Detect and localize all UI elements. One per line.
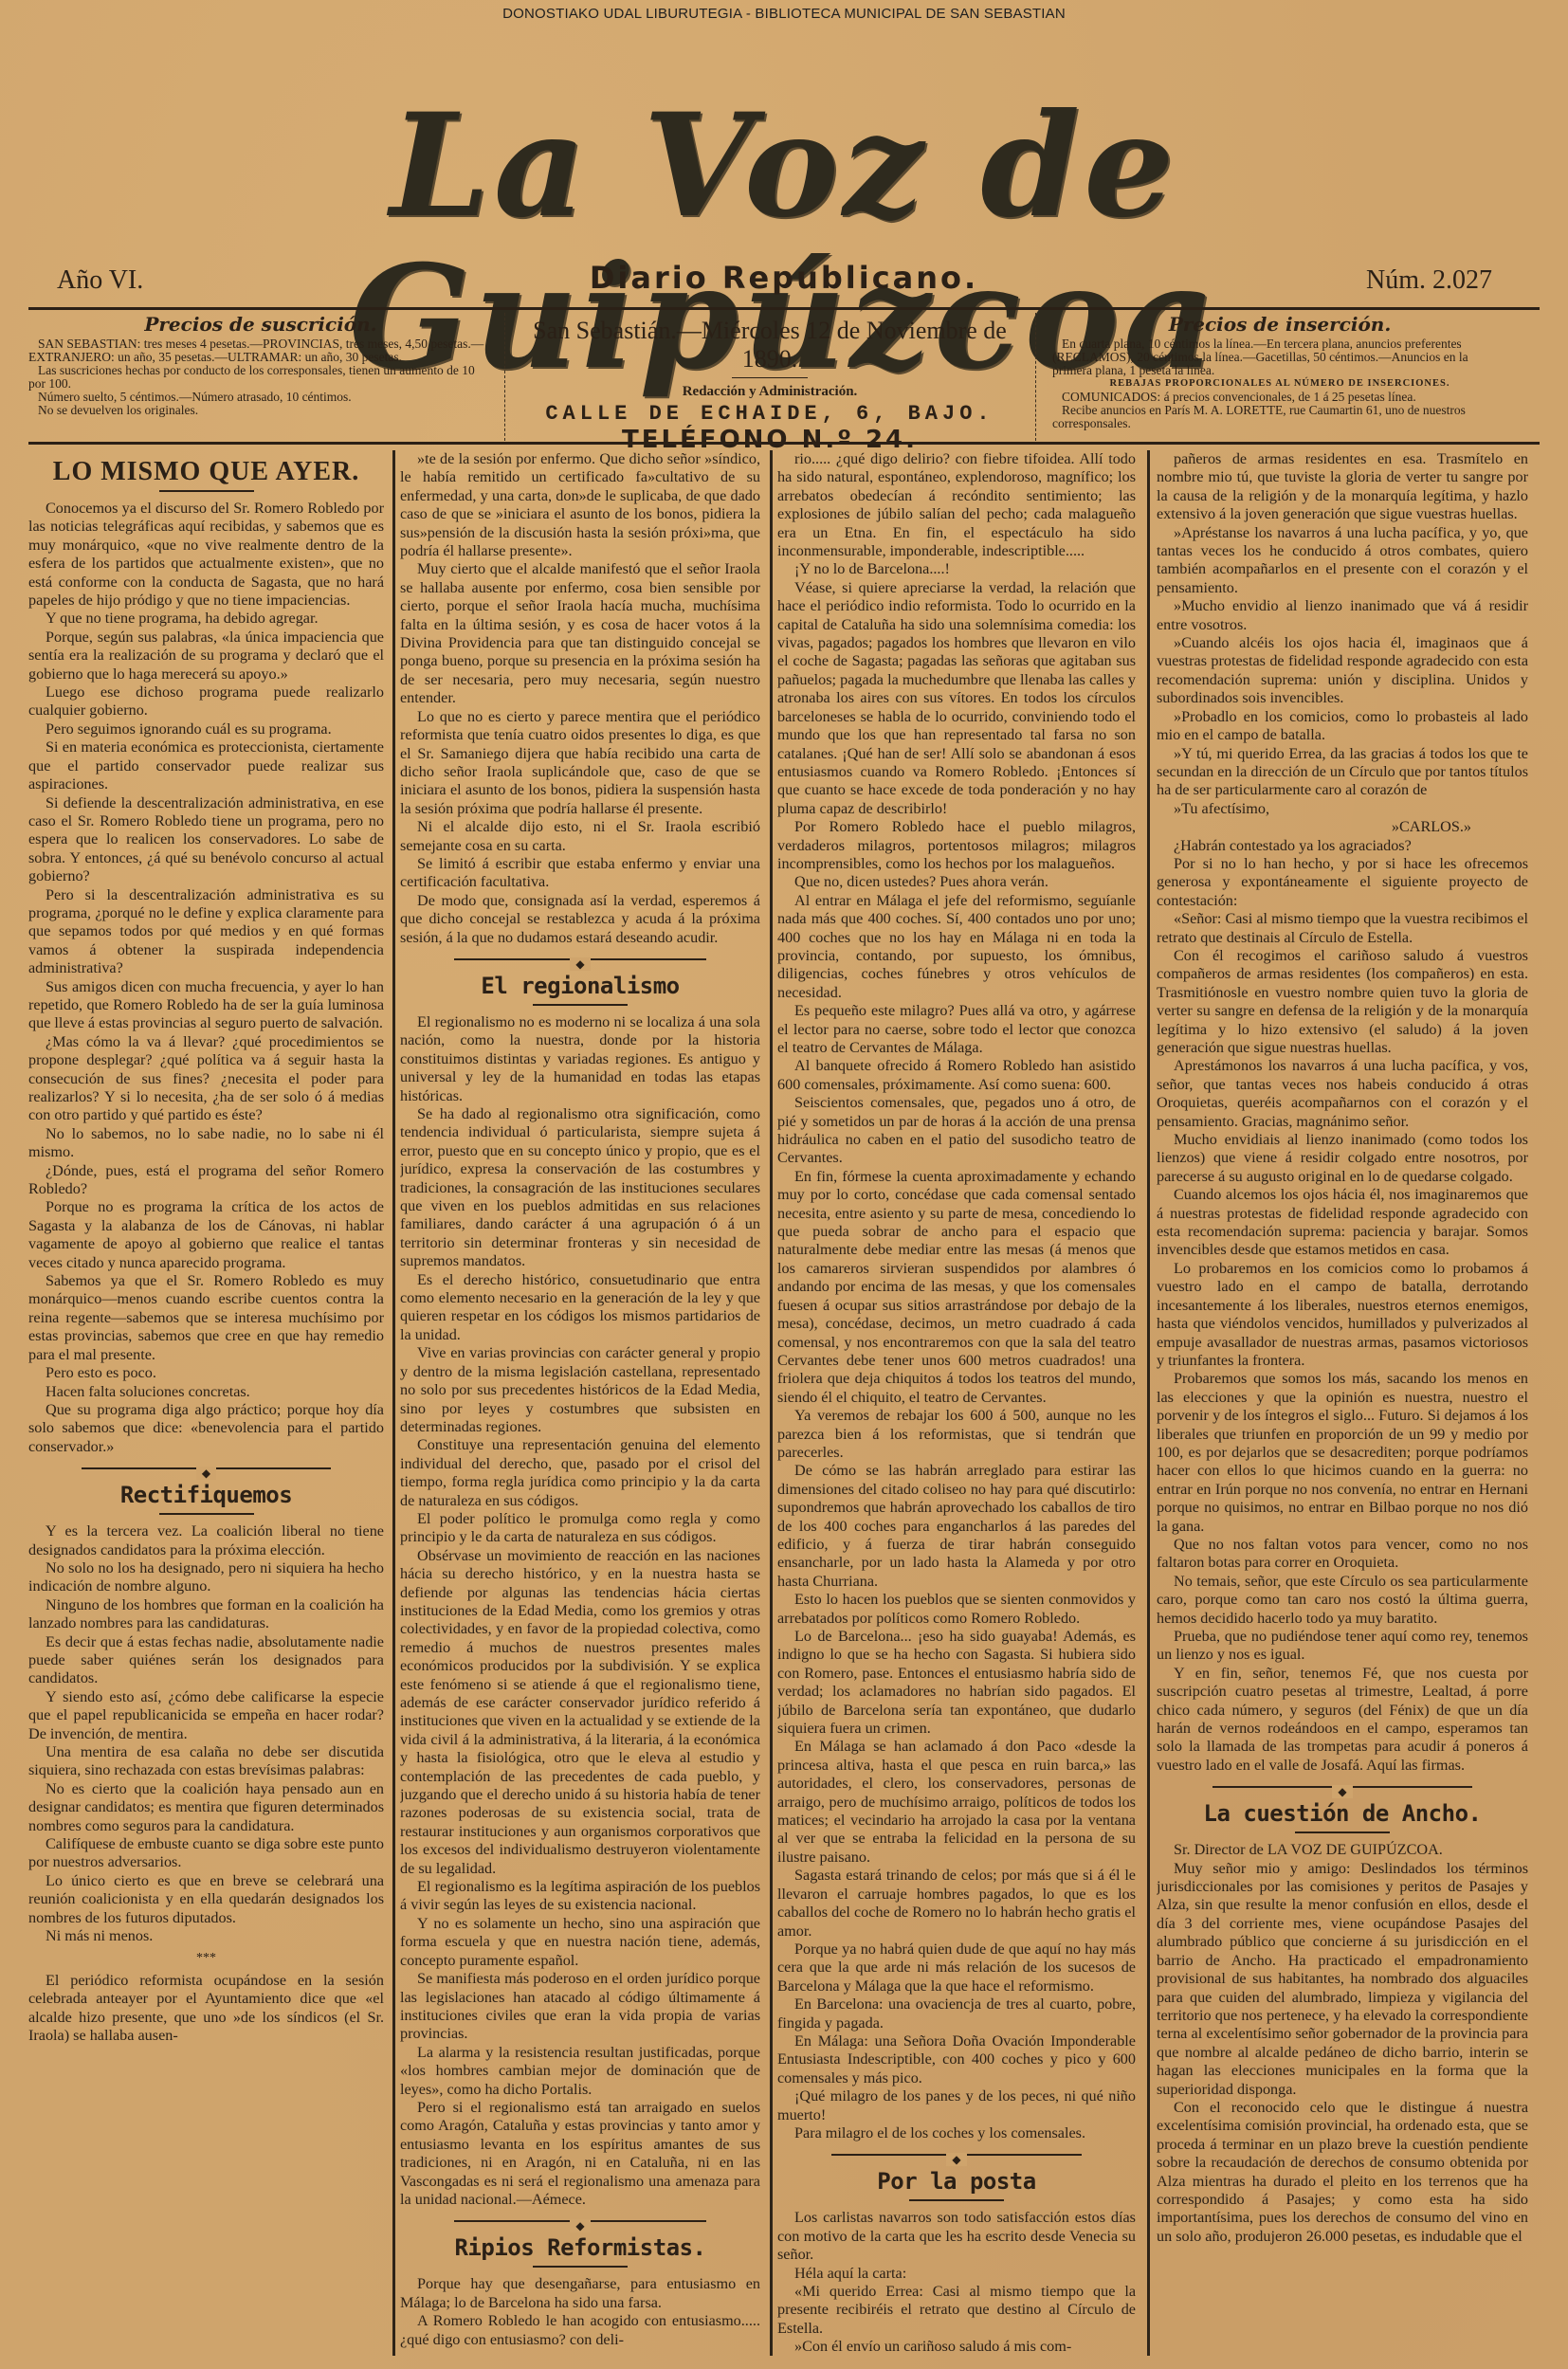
- paragraph: Lo de Barcelona... ¡eso ha sido guayaba!…: [777, 1628, 1136, 1738]
- subscription-line: SAN SEBASTIAN: tres meses 4 pesetas.—PRO…: [28, 337, 493, 364]
- paragraph: Es decir que á estas fechas nadie, absol…: [28, 1633, 384, 1688]
- paragraph: Hacen falta soluciones concretas.: [28, 1383, 384, 1401]
- short-divider: [732, 377, 808, 378]
- paragraph: «Mi querido Errea: Casi al mismo tiempo …: [777, 2283, 1136, 2338]
- paragraph: Luego ese dichoso programa puede realiza…: [28, 683, 384, 720]
- signature-carlos: »CARLOS.»: [1157, 818, 1528, 836]
- paragraph: Por si no lo han hecho, y por si hace le…: [1157, 855, 1528, 910]
- date-address-box: San Sebastián.—Miércoles 12 de Noviembre…: [504, 313, 1036, 441]
- paragraph: Pero seguimos ignorando cuál es su progr…: [28, 720, 384, 738]
- paragraph: Seiscientos comensales, que, pegados uno…: [777, 1094, 1136, 1168]
- article-columns: LO MISMO QUE AYER. Conocemos ya el discu…: [28, 450, 1540, 2356]
- paragraph: »Tu afectísimo,: [1157, 800, 1528, 818]
- paragraph: Esto lo hacen los pueblos que se sienten…: [777, 1591, 1136, 1628]
- subscription-title: Precios de suscrición.: [28, 313, 493, 336]
- insertion-line: Recibe anuncios en París M. A. LORETTE, …: [1052, 404, 1507, 430]
- ornament-divider: ◆: [400, 955, 760, 964]
- paragraph: En Barcelona: una ovaciencja de tres al …: [777, 1995, 1136, 2032]
- paragraph: Se limitó á escribir que estaba enfermo …: [400, 855, 760, 892]
- paragraph: Lo probaremos en los comicios como lo pr…: [1157, 1260, 1528, 1370]
- paragraph: Probaremos que somos los más, sacando lo…: [1157, 1370, 1528, 1536]
- paragraph: El poder político le promulga como regla…: [400, 1510, 760, 1547]
- headline-la-cuestion-de-ancho: La cuestión de Ancho.: [1157, 1799, 1528, 1828]
- paragraph: Que no, dicen ustedes? Pues ahora verán.: [777, 873, 1136, 891]
- paragraph: Y en fin, señor, tenemos Fé, que nos cue…: [1157, 1665, 1528, 1775]
- paragraph: Vive en varias provincias con carácter g…: [400, 1344, 760, 1436]
- paragraph: Porque ya no habrá quien dude de que aqu…: [777, 1941, 1136, 1995]
- ornament-divider: ◆: [1157, 1782, 1528, 1792]
- paragraph: Pero si la descentralización administrat…: [28, 886, 384, 978]
- paragraph: El regionalismo no es moderno ni se loca…: [400, 1013, 760, 1105]
- tagline: Diario Republicano.: [19, 260, 1549, 296]
- column-3: rio..... ¿qué digo delirio? con fiebre t…: [777, 450, 1136, 2356]
- paragraph: Y siendo esto así, ¿cómo debe calificars…: [28, 1688, 384, 1743]
- paragraph: A Romero Robledo le han acogido con entu…: [400, 2312, 760, 2349]
- insertion-box: Precios de inserción. En cuarta plana, 1…: [1052, 313, 1507, 441]
- paragraph: Sr. Director de LA VOZ DE GUIPÚZCOA.: [1157, 1841, 1528, 1859]
- paragraph: »te de la sesión por enfermo. Que dicho …: [400, 450, 760, 560]
- paragraph: Conocemos ya el discurso del Sr. Romero …: [28, 500, 384, 610]
- paragraph: Muy cierto que el alcalde manifestó que …: [400, 560, 760, 707]
- paragraph: Lo único cierto es que en breve se celeb…: [28, 1872, 384, 1927]
- paragraph: «Señor: Casi al mismo tiempo que la vues…: [1157, 910, 1528, 947]
- paragraph: En Málaga: una Señora Doña Ovación Impon…: [777, 2032, 1136, 2087]
- paragraph: Y es la tercera vez. La coalición libera…: [28, 1522, 384, 1559]
- paragraph: »Mucho envidio al lienzo inanimado que v…: [1157, 597, 1528, 634]
- insertion-line: COMUNICADOS: á precios convencionales, d…: [1052, 391, 1507, 404]
- ornament-divider: ◆: [400, 2216, 760, 2226]
- date-line: San Sebastián.—Miércoles 12 de Noviembre…: [504, 317, 1035, 374]
- paragraph: La alarma y la resistencia resultan just…: [400, 2044, 760, 2099]
- paragraph: ¡Y no lo de Barcelona....!: [777, 560, 1136, 578]
- article-body: ¿Habrán contestado ya los agraciados?Por…: [1157, 837, 1528, 1776]
- paragraph: Sabemos ya que el Sr. Romero Robledo es …: [28, 1272, 384, 1364]
- insertion-body: En cuarta plana, 10 céntimos la línea.—E…: [1052, 337, 1507, 430]
- paragraph: Si en materia económica es proteccionist…: [28, 738, 384, 793]
- headline-underline: [533, 1004, 628, 1006]
- paragraph: Sagasta estará trinando de celos; por má…: [777, 1867, 1136, 1941]
- paragraph: Pero esto es poco.: [28, 1364, 384, 1382]
- paragraph: Se ha dado al regionalismo otra signific…: [400, 1105, 760, 1271]
- paragraph: Porque no es programa la crítica de los …: [28, 1198, 384, 1272]
- paragraph: Y no es solamente un hecho, sino una asp…: [400, 1915, 760, 1970]
- paragraph: Mucho envidiais al lienzo inanimado (com…: [1157, 1131, 1528, 1186]
- paragraph: »Y tú, mi querido Errea, da las gracias …: [1157, 745, 1528, 800]
- paragraph: ¿Dónde, pues, está el programa del señor…: [28, 1162, 384, 1199]
- paragraph: Los carlistas navarros son todo satisfac…: [777, 2209, 1136, 2264]
- paragraph: Que su programa diga algo práctico; porq…: [28, 1401, 384, 1456]
- paragraph: Ya veremos de rebajar los 600 á 500, aun…: [777, 1407, 1136, 1462]
- headline-underline: [1295, 1831, 1390, 1833]
- paragraph: Aprestámonos los navarros á una lucha pa…: [1157, 1057, 1528, 1131]
- paragraph: Ninguno de los hombres que forman en la …: [28, 1596, 384, 1633]
- paragraph: Prueba, que no pudiéndose tener aquí com…: [1157, 1628, 1528, 1665]
- column-2: »te de la sesión por enfermo. Que dicho …: [400, 450, 760, 2356]
- issue-number: Núm. 2.027: [1366, 265, 1492, 296]
- paragraph: ¿Habrán contestado ya los agraciados?: [1157, 837, 1528, 855]
- insertion-title: Precios de inserción.: [1052, 313, 1507, 336]
- headline-underline: [533, 2266, 628, 2268]
- asterism: ***: [28, 1949, 384, 1967]
- paragraph: Al entrar en Málaga el jefe del reformis…: [777, 892, 1136, 1002]
- paragraph: Lo que no es cierto y parece mentira que…: [400, 708, 760, 818]
- paragraph: Califíquese de embuste cuanto se diga so…: [28, 1835, 384, 1872]
- ornament-divider: ◆: [777, 2150, 1136, 2159]
- headline-underline: [159, 1513, 254, 1515]
- paragraph: Que no nos faltan votos para vencer, com…: [1157, 1536, 1528, 1573]
- headline-underline: [159, 490, 254, 492]
- paragraph: Ni más ni menos.: [28, 1927, 384, 1945]
- column-divider: [1147, 450, 1150, 2356]
- library-banner: DONOSTIAKO UDAL LIBURUTEGIA - BIBLIOTECA…: [0, 6, 1568, 22]
- paragraph: rio..... ¿qué digo delirio? con fiebre t…: [777, 450, 1136, 560]
- paragraph: ¡Qué milagro de los panes y de los peces…: [777, 2087, 1136, 2124]
- subscription-body: SAN SEBASTIAN: tres meses 4 pesetas.—PRO…: [28, 337, 493, 417]
- article-body: El periódico reformista ocupándose en la…: [28, 1972, 384, 2046]
- masthead-subrow: Año VI. Diario Republicano. Núm. 2.027: [19, 258, 1549, 296]
- redaccion-label: Redacción y Administración.: [504, 384, 1035, 400]
- paragraph: Por Romero Robledo hace el pueblo milagr…: [777, 818, 1136, 873]
- paragraph: Con el reconocido celo que le distingue …: [1157, 2099, 1528, 2246]
- headline-ripios-reformistas: Ripios Reformistas.: [400, 2233, 760, 2262]
- header-rule-top: [28, 307, 1540, 310]
- paragraph: Muy señor mio y amigo: Deslindados los t…: [1157, 1860, 1528, 2099]
- article-body: pañeros de armas residentes en esa. Tras…: [1157, 450, 1528, 818]
- paragraph: Para milagro el de los coches y los come…: [777, 2124, 1136, 2142]
- subscription-line: No se devuelven los originales.: [28, 404, 493, 417]
- rebajas-note: REBAJAS PROPORCIONALES AL NÚMERO DE INSE…: [1052, 377, 1507, 391]
- insertion-line: En cuarta plana, 10 céntimos la línea.—E…: [1052, 337, 1507, 377]
- paragraph: De modo que, consignada así la verdad, e…: [400, 892, 760, 947]
- article-body: Los carlistas navarros son todo satisfac…: [777, 2209, 1136, 2356]
- paragraph: pañeros de armas residentes en esa. Tras…: [1157, 450, 1528, 524]
- paragraph: El periódico reformista ocupándose en la…: [28, 1972, 384, 2046]
- column-divider: [770, 450, 773, 2356]
- column-4: pañeros de armas residentes en esa. Tras…: [1157, 450, 1528, 2356]
- subscription-box: Precios de suscrición. SAN SEBASTIAN: tr…: [28, 313, 505, 441]
- article-body: Porque hay que desengañarse, para entusi…: [400, 2275, 760, 2349]
- paragraph: Si defiende la descentralización adminis…: [28, 794, 384, 886]
- headline-underline: [909, 2199, 1004, 2201]
- paragraph: Es el derecho histórico, consuetudinario…: [400, 1271, 760, 1345]
- paragraph: Cuando alcemos los ojos hácia él, nos im…: [1157, 1186, 1528, 1260]
- paragraph: No lo sabemos, no lo sabe nadie, no lo s…: [28, 1125, 384, 1162]
- paragraph: Se manifiesta más poderoso en el orden j…: [400, 1970, 760, 2044]
- subscription-line: Las suscriciones hechas por conducto de …: [28, 364, 493, 391]
- column-1: LO MISMO QUE AYER. Conocemos ya el discu…: [28, 450, 384, 2356]
- paragraph: Una mentira de esa calaña no debe ser di…: [28, 1743, 384, 1780]
- paragraph: Con él recogimos el cariñoso saludo á vu…: [1157, 947, 1528, 1057]
- column-divider: [392, 450, 395, 2356]
- paragraph: Ni el alcalde dijo esto, ni el Sr. Iraol…: [400, 818, 760, 855]
- paragraph: El regionalismo es la legítima aspiració…: [400, 1878, 760, 1915]
- header-rule-bottom: [28, 442, 1540, 445]
- article-body: Y es la tercera vez. La coalición libera…: [28, 1522, 384, 1945]
- paragraph: »Con él envío un cariñoso saludo á mis c…: [777, 2338, 1136, 2356]
- paragraph: »Apréstanse los navarros á una lucha pac…: [1157, 524, 1528, 598]
- article-body: Conocemos ya el discurso del Sr. Romero …: [28, 500, 384, 1456]
- paragraph: En Málaga se han aclamado á don Paco «de…: [777, 1738, 1136, 1867]
- paragraph: En fin, fórmese la cuenta aproximadament…: [777, 1168, 1136, 1407]
- paragraph: De cómo se las habrán arreglado para est…: [777, 1462, 1136, 1591]
- headline-el-regionalismo: El regionalismo: [400, 972, 760, 1000]
- headline-por-la-posta: Por la posta: [777, 2167, 1136, 2196]
- paragraph: Héla aquí la carta:: [777, 2265, 1136, 2283]
- headline-rectifiquemos: Rectifiquemos: [28, 1481, 384, 1509]
- subscription-line: Número suelto, 5 céntimos.—Número atrasa…: [28, 391, 493, 404]
- paragraph: Constituye una representación genuina de…: [400, 1436, 760, 1510]
- paragraph: No temais, señor, que este Círculo os se…: [1157, 1573, 1528, 1628]
- paragraph: Porque, según sus palabras, «la única im…: [28, 629, 384, 683]
- paragraph: No es cierto que la coalición haya pensa…: [28, 1780, 384, 1835]
- paragraph: »Probadlo en los comicios, como lo proba…: [1157, 708, 1528, 745]
- ornament-divider: ◆: [28, 1464, 384, 1473]
- article-body: rio..... ¿qué digo delirio? con fiebre t…: [777, 450, 1136, 2142]
- paragraph: Obsérvase un movimiento de reacción en l…: [400, 1547, 760, 1878]
- article-body: El regionalismo no es moderno ni se loca…: [400, 1013, 760, 2209]
- paragraph: Porque hay que desengañarse, para entusi…: [400, 2275, 760, 2312]
- paragraph: »Cuando alcéis los ojos hacia él, imagin…: [1157, 634, 1528, 708]
- paragraph: Véase, si quiere apreciarse la verdad, l…: [777, 579, 1136, 818]
- article-body: Sr. Director de LA VOZ DE GUIPÚZCOA.Muy …: [1157, 1841, 1528, 2246]
- paragraph: Al banquete ofrecido á Romero Robledo ha…: [777, 1057, 1136, 1094]
- article-body: »te de la sesión por enfermo. Que dicho …: [400, 450, 760, 947]
- paragraph: Y que no tiene programa, ha debido agreg…: [28, 610, 384, 628]
- paragraph: Es pequeño este milagro? Pues allá va ot…: [777, 1002, 1136, 1057]
- headline-lo-mismo-que-ayer: LO MISMO QUE AYER.: [28, 458, 384, 486]
- paragraph: Sus amigos dicen con mucha frecuencia, y…: [28, 978, 384, 1033]
- address: CALLE DE ECHAIDE, 6, BAJO.: [504, 402, 1035, 426]
- paragraph: No solo no los ha designado, pero ni siq…: [28, 1559, 384, 1596]
- paragraph: Pero si el regionalismo está tan arraiga…: [400, 2099, 760, 2209]
- paragraph: ¿Mas cómo la va á llevar? ¿qué procedimi…: [28, 1033, 384, 1125]
